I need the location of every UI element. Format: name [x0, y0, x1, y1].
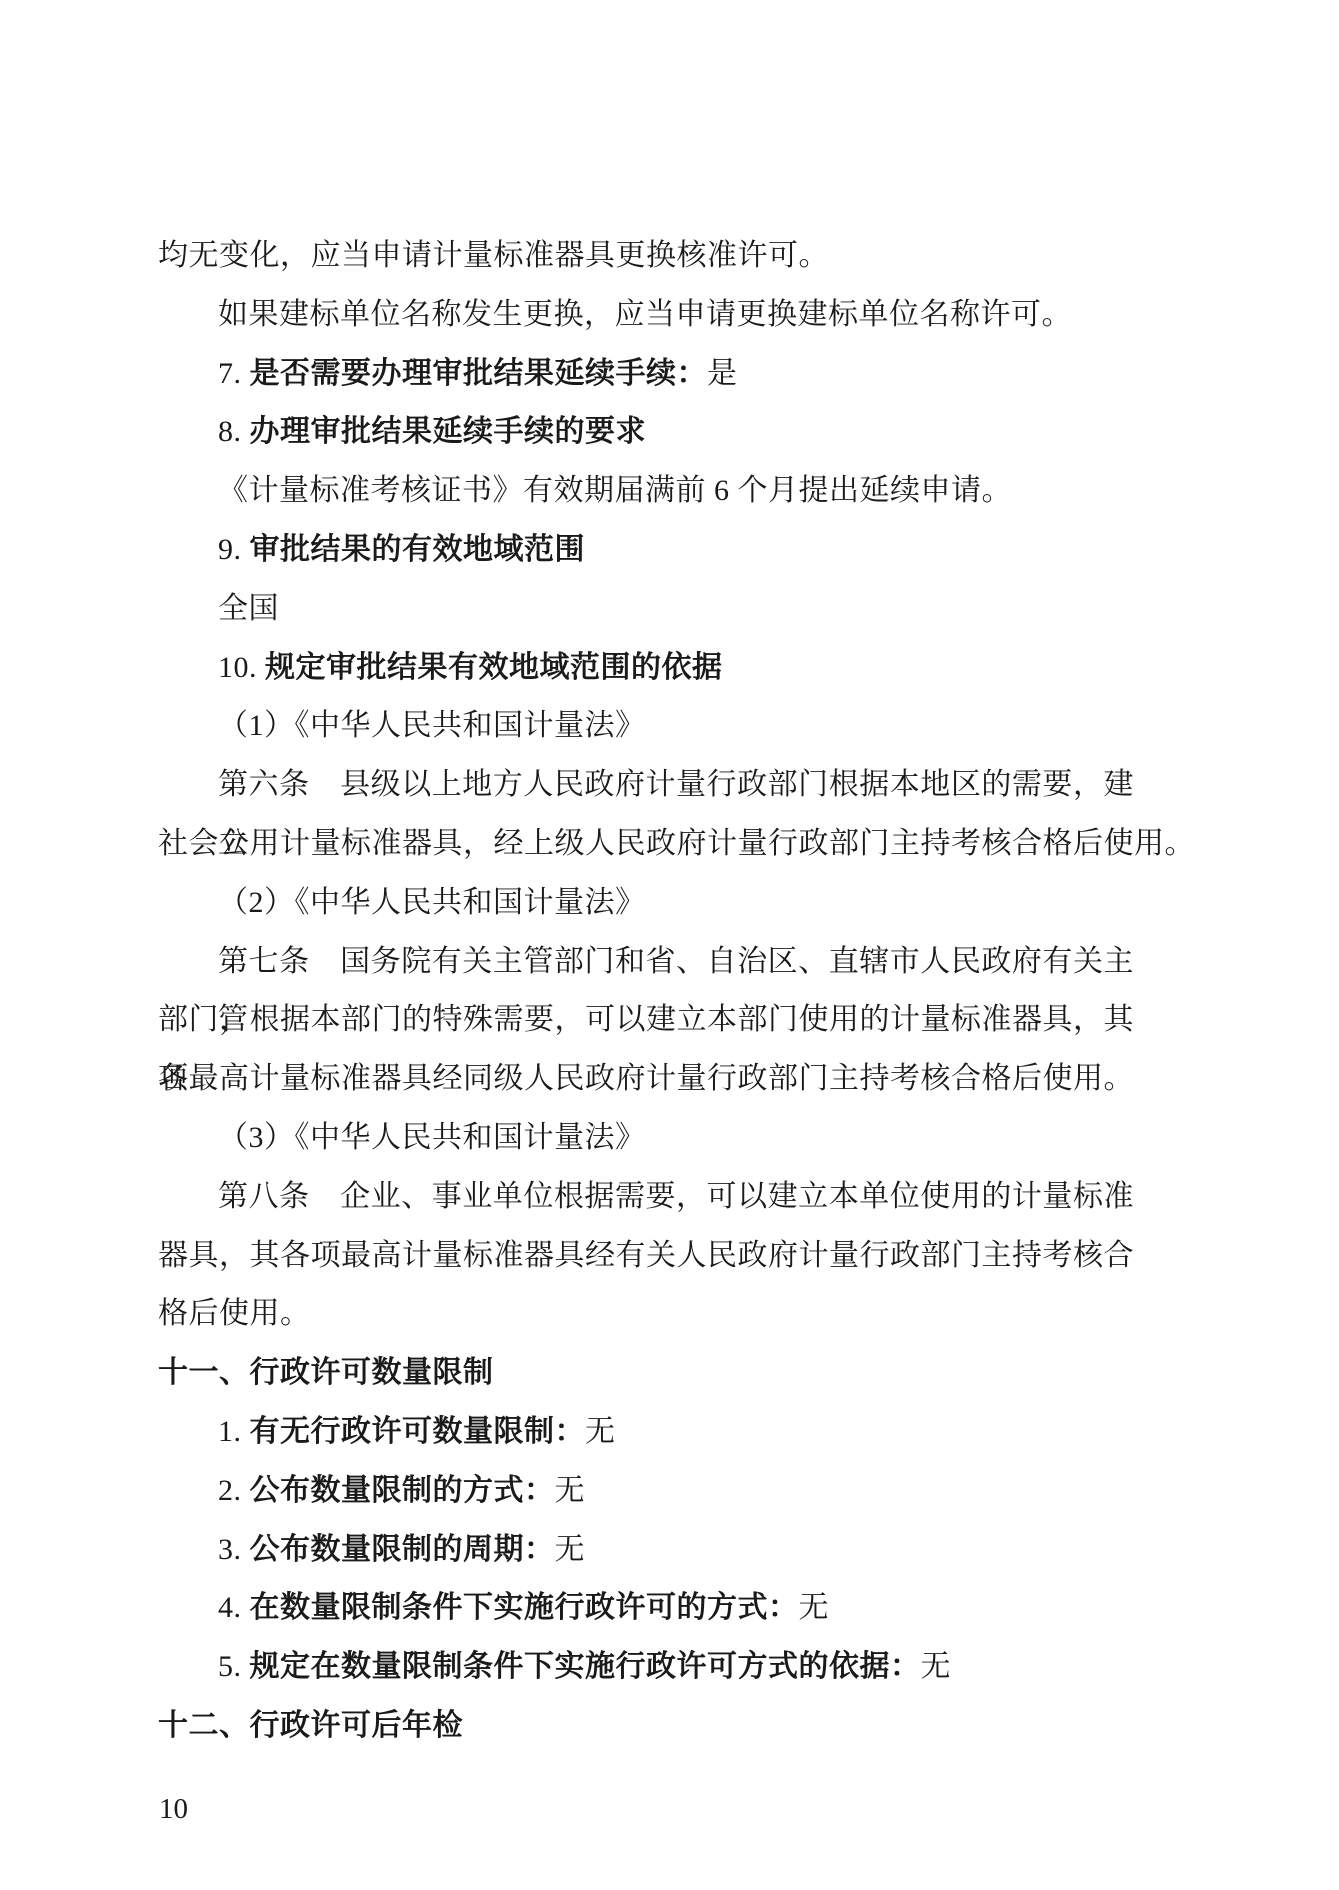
heading-line: 十二、行政许可后年检: [158, 1697, 1134, 1756]
text-segment-bold: 规定在数量限制条件下实施行政许可方式的依据：: [250, 1650, 921, 1683]
text-segment-bold: 办理审批结果延续手续的要求: [250, 415, 647, 448]
text-segment-body: 是: [707, 357, 738, 390]
text-segment-bold: 公布数量限制的方式：: [250, 1474, 555, 1507]
text-segment-body: （3）《中华人民共和国计量法》: [218, 1121, 646, 1154]
text-segment-body: 均无变化，应当申请计量标准器具更换核准许可。: [158, 239, 829, 272]
text-segment-num: 4.: [218, 1591, 250, 1624]
field-line: 1. 有无行政许可数量限制：无: [158, 1403, 1134, 1462]
text-segment-num: 3.: [218, 1533, 250, 1566]
text-segment-bold: 审批结果的有效地域范围: [250, 533, 586, 566]
body-line: 格后使用。: [158, 1285, 1134, 1344]
heading-line: 10. 规定审批结果有效地域范围的依据: [158, 639, 1134, 698]
text-segment-num: 10.: [218, 651, 265, 684]
body-line: 《计量标准考核证书》有效期届满前 6 个月提出延续申请。: [158, 462, 1134, 521]
text-segment-bold: 公布数量限制的周期：: [250, 1533, 555, 1566]
text-segment-num: 2.: [218, 1474, 250, 1507]
text-segment-body: 无: [555, 1474, 586, 1507]
text-segment-body: 如果建标单位名称发生更换，应当申请更换建标单位名称许可。: [218, 298, 1072, 331]
text-segment-num: 1.: [218, 1415, 250, 1448]
document-page: 均无变化，应当申请计量标准器具更换核准许可。如果建标单位名称发生更换，应当申请更…: [0, 0, 1339, 1890]
text-segment-body: 《计量标准考核证书》有效期届满前 6 个月提出延续申请。: [218, 474, 1012, 507]
text-segment-body: （1）《中华人民共和国计量法》: [218, 709, 646, 742]
heading-line: 十一、行政许可数量限制: [158, 1344, 1134, 1403]
body-line: 项最高计量标准器具经同级人民政府计量行政部门主持考核合格后使用。: [158, 1050, 1134, 1109]
text-segment-body: 社会公用计量标准器具，经上级人民政府计量行政部门主持考核合格后使用。: [158, 827, 1195, 860]
body-line: 器具，其各项最高计量标准器具经有关人民政府计量行政部门主持考核合: [158, 1227, 1134, 1286]
text-segment-body: 项最高计量标准器具经同级人民政府计量行政部门主持考核合格后使用。: [158, 1062, 1134, 1095]
text-segment-body: 无: [555, 1533, 586, 1566]
body-line: 第七条 国务院有关主管部门和省、自治区、直辖市人民政府有关主管: [158, 933, 1134, 992]
text-segment-body: 全国: [218, 592, 279, 625]
body-line: 均无变化，应当申请计量标准器具更换核准许可。: [158, 227, 1134, 286]
text-segment-body: 格后使用。: [158, 1297, 311, 1330]
text-segment-bold: 十一、行政许可数量限制: [158, 1356, 494, 1389]
document-body: 均无变化，应当申请计量标准器具更换核准许可。如果建标单位名称发生更换，应当申请更…: [158, 227, 1134, 1756]
text-segment-bold: 十二、行政许可后年检: [158, 1709, 463, 1742]
text-segment-body: 无: [585, 1415, 616, 1448]
text-segment-body: 第八条 企业、事业单位根据需要，可以建立本单位使用的计量标准: [218, 1180, 1134, 1213]
body-line: 第八条 企业、事业单位根据需要，可以建立本单位使用的计量标准: [158, 1168, 1134, 1227]
text-segment-body: 无: [799, 1591, 830, 1624]
text-segment-body: 无: [921, 1650, 952, 1683]
heading-line: 8. 办理审批结果延续手续的要求: [158, 403, 1134, 462]
field-line: 3. 公布数量限制的周期：无: [158, 1521, 1134, 1580]
text-segment-num: 9.: [218, 533, 250, 566]
text-segment-num: 7.: [218, 357, 250, 390]
body-line: 第六条 县级以上地方人民政府计量行政部门根据本地区的需要，建立: [158, 756, 1134, 815]
text-segment-bold: 在数量限制条件下实施行政许可的方式：: [250, 1591, 799, 1624]
text-segment-num: 5.: [218, 1650, 250, 1683]
body-line: 如果建标单位名称发生更换，应当申请更换建标单位名称许可。: [158, 286, 1134, 345]
text-segment-body: 器具，其各项最高计量标准器具经有关人民政府计量行政部门主持考核合: [158, 1239, 1134, 1272]
text-segment-num: 8.: [218, 415, 250, 448]
text-segment-body: （2）《中华人民共和国计量法》: [218, 886, 646, 919]
body-line: 社会公用计量标准器具，经上级人民政府计量行政部门主持考核合格后使用。: [158, 815, 1134, 874]
text-segment-bold: 规定审批结果有效地域范围的依据: [265, 651, 723, 684]
field-line: 7. 是否需要办理审批结果延续手续：是: [158, 345, 1134, 404]
field-line: 2. 公布数量限制的方式：无: [158, 1462, 1134, 1521]
text-segment-bold: 是否需要办理审批结果延续手续：: [250, 357, 708, 390]
heading-line: 9. 审批结果的有效地域范围: [158, 521, 1134, 580]
body-line: （3）《中华人民共和国计量法》: [158, 1109, 1134, 1168]
body-line: （1）《中华人民共和国计量法》: [158, 697, 1134, 756]
body-line: 全国: [158, 580, 1134, 639]
body-line: 部门，根据本部门的特殊需要，可以建立本部门使用的计量标准器具，其各: [158, 991, 1134, 1050]
field-line: 4. 在数量限制条件下实施行政许可的方式：无: [158, 1579, 1134, 1638]
body-line: （2）《中华人民共和国计量法》: [158, 874, 1134, 933]
field-line: 5. 规定在数量限制条件下实施行政许可方式的依据：无: [158, 1638, 1134, 1697]
text-segment-bold: 有无行政许可数量限制：: [250, 1415, 586, 1448]
page-number: 10: [159, 1792, 188, 1826]
